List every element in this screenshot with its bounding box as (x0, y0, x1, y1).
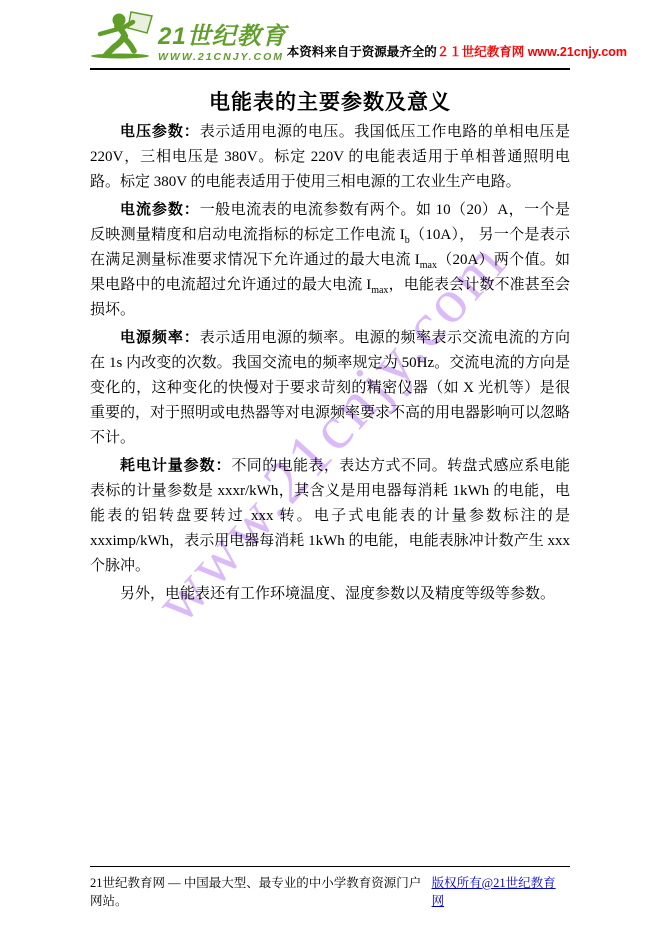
copyright-link[interactable]: 版权所有@21世纪教育网 (432, 873, 558, 909)
logo-url: WWW.21CNJY.COM (158, 52, 287, 63)
subscript: max (420, 260, 437, 271)
tagline-site-url: www.21cnjy.com (524, 45, 627, 59)
runner-logo-icon (90, 9, 156, 66)
page-footer: 21世纪教育网 — 中国最大型、最专业的中小学教育资源门户网站。 版权所有@21… (90, 873, 570, 909)
footer-slogan: 21世纪教育网 — 中国最大型、最专业的中小学教育资源门户网站。 (90, 873, 432, 909)
text-segment: 另外，电能表还有工作环境温度、湿度参数以及精度等级等参数。 (120, 586, 555, 602)
header-tagline: 本资料来自于资源最齐全的２１世纪教育网 www.21cnjy.com (287, 42, 627, 66)
tagline-prefix: 本资料来自于资源最齐全的 (287, 45, 437, 59)
paragraph: 电源频率：表示适用电源的频率。电源的频率表示交流电流的方向在 1s 内改变的次数… (90, 326, 570, 451)
paragraph: 电流参数：一般电流表的电流参数有两个。如 10（20）A，一个是反映测量精度和启… (90, 198, 570, 323)
paragraph-lead: 电流参数： (120, 202, 200, 218)
site-logo: 21世纪教育 WWW.21CNJY.COM (90, 9, 287, 66)
text-segment: 不同的电能表，表达方式不同。转盘式感应系电能表标的计量参数是 xxxr/kWh，… (90, 458, 570, 574)
paragraph: 另外，电能表还有工作环境温度、湿度参数以及精度等级等参数。 (90, 582, 570, 607)
document-body: 电压参数：表示适用电源的电压。我国低压工作电路的单相电压是 220V，三相电压是… (90, 120, 570, 610)
header-rule (90, 68, 570, 70)
text-segment: 表示适用电源的频率。电源的频率表示交流电流的方向在 1s 内改变的次数。我国交流… (90, 330, 570, 446)
subscript: max (371, 285, 388, 296)
logo-title: 21世纪教育 (158, 25, 287, 49)
page-header: 21世纪教育 WWW.21CNJY.COM 本资料来自于资源最齐全的２１世纪教育… (90, 12, 570, 66)
tagline-brand: ２１世纪教育网 (437, 45, 525, 59)
logo-text: 21世纪教育 WWW.21CNJY.COM (158, 25, 287, 67)
paragraph-lead: 耗电计量参数： (120, 458, 231, 474)
page-title: 电能表的主要参数及意义 (90, 86, 570, 116)
paragraph: 耗电计量参数：不同的电能表，表达方式不同。转盘式感应系电能表标的计量参数是 xx… (90, 454, 570, 579)
paragraph: 电压参数：表示适用电源的电压。我国低压工作电路的单相电压是 220V，三相电压是… (90, 120, 570, 195)
paragraph-lead: 电源频率： (120, 330, 200, 346)
paragraph-lead: 电压参数： (120, 124, 200, 140)
footer-rule (90, 866, 570, 867)
document-page: 21世纪教育 WWW.21CNJY.COM 本资料来自于资源最齐全的２１世纪教育… (0, 0, 661, 935)
